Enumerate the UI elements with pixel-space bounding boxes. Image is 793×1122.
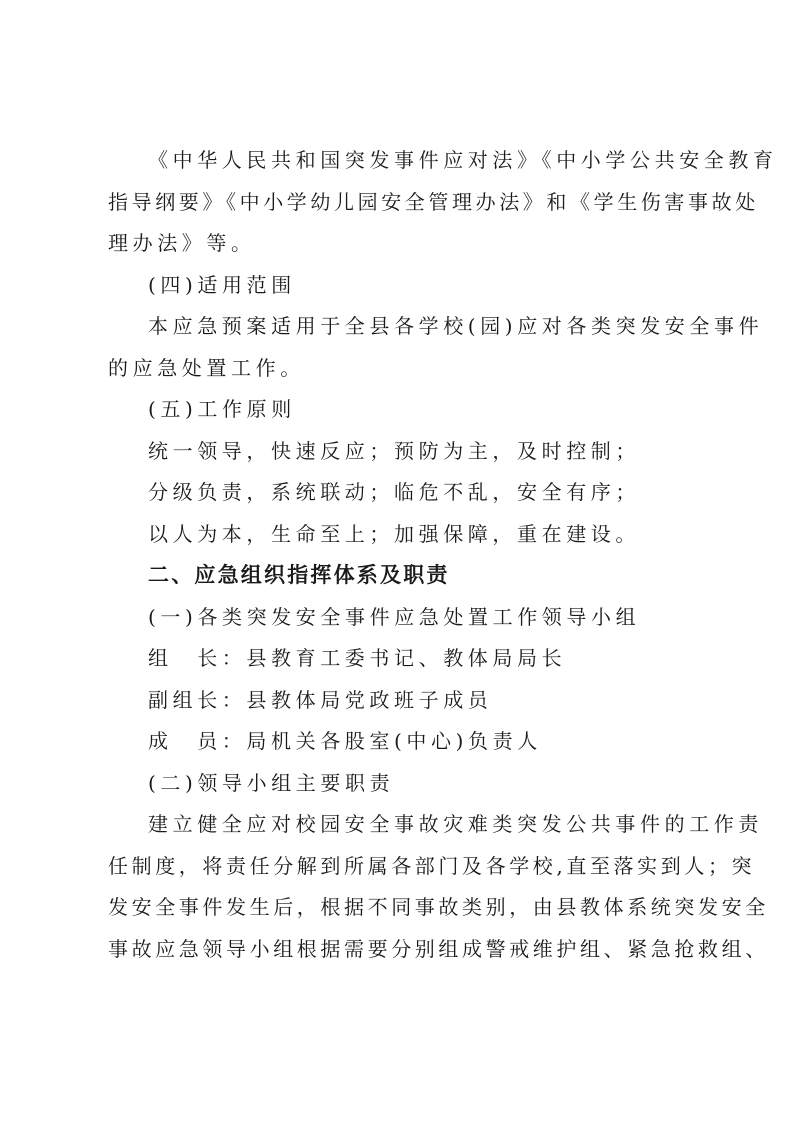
paragraph-line-laws: 《中华人民共和国突发事件应对法》《中小学公共安全教育 [108, 140, 698, 182]
paragraph-line-scope-end: 的应急处置工作。 [108, 348, 698, 390]
paragraph-line-laws-cont: 指导纲要》《中小学幼儿园安全管理办法》和《学生伤害事故处 [108, 182, 698, 224]
section-heading-leading-group: (一)各类突发安全事件应急处置工作领导小组 [108, 597, 698, 639]
document-page: 《中华人民共和国突发事件应对法》《中小学公共安全教育 指导纲要》《中小学幼儿园安… [108, 140, 698, 970]
section-heading-scope: (四)适用范围 [108, 265, 698, 307]
group-leader-line: 组 长：县教育工委书记、教体局局长 [108, 638, 698, 680]
deputy-leader-line: 副组长：县教体局党政班子成员 [108, 680, 698, 722]
paragraph-line-duties-2: 任制度，将责任分解到所属各部门及各学校,直至落实到人；突 [108, 846, 698, 888]
principle-line-3: 以人为本，生命至上；加强保障，重在建设。 [108, 514, 698, 556]
members-line: 成 员：局机关各股室(中心)负责人 [108, 721, 698, 763]
chapter-heading-organization: 二、应急组织指挥体系及职责 [108, 555, 698, 597]
paragraph-line-duties-3: 发安全事件发生后，根据不同事故类别，由县教体系统突发安全 [108, 887, 698, 929]
section-heading-principles: (五)工作原则 [108, 389, 698, 431]
section-heading-duties: (二)领导小组主要职责 [108, 763, 698, 805]
principle-line-1: 统一领导，快速反应；预防为主，及时控制； [108, 431, 698, 473]
paragraph-line-duties-4: 事故应急领导小组根据需要分别组成警戒维护组、紧急抢救组、 [108, 929, 698, 971]
paragraph-line-laws-end: 理办法》等。 [108, 223, 698, 265]
principle-line-2: 分级负责，系统联动；临危不乱，安全有序； [108, 472, 698, 514]
paragraph-line-duties-1: 建立健全应对校园安全事故灾难类突发公共事件的工作责 [108, 804, 698, 846]
paragraph-line-scope: 本应急预案适用于全县各学校(园)应对各类突发安全事件 [108, 306, 698, 348]
